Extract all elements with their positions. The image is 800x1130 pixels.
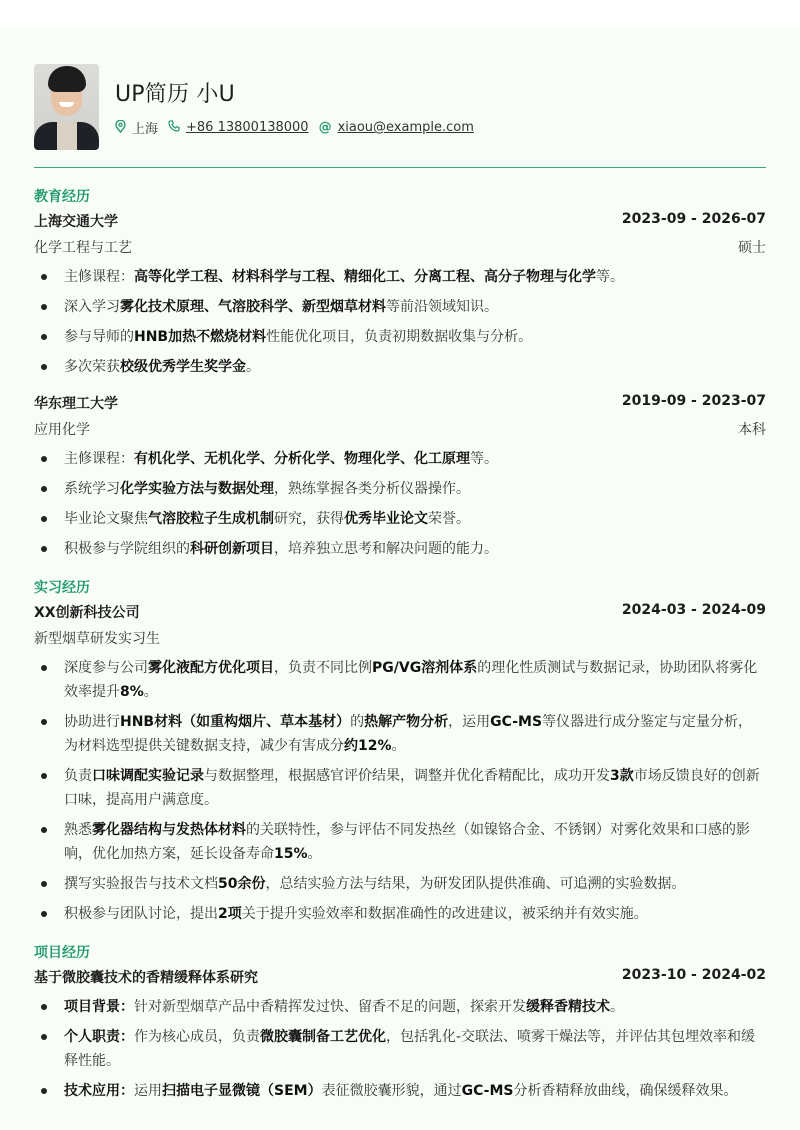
list-item: 主修课程：高等化学工程、材料科学与工程、精细化工、分离工程、高分子物理与化学等。 (34, 265, 766, 289)
list-item: 协助进行HNB材料（如重构烟片、草本基材）的热解产物分析，运用GC-MS等仪器进… (34, 710, 766, 758)
company-name: XX创新科技公司 (34, 602, 140, 622)
date-range: 2024-03 - 2024-09 (622, 602, 766, 622)
email[interactable]: @ xiaou@example.com (319, 120, 474, 135)
date-range: 2023-09 - 2026-07 (622, 211, 766, 231)
list-item: 深度参与公司雾化液配方优化项目，负责不同比例PG/VG溶剂体系的理化性质测试与数… (34, 656, 766, 704)
bullet-list: 项目背景：针对新型烟草产品中香精挥发过快、留香不足的问题，探索开发缓释香精技术。… (34, 995, 766, 1103)
list-item: 技术应用：运用扫描电子显微镜（SEM）表征微胶囊形貌，通过GC-MS分析香精释放… (34, 1079, 766, 1103)
project-name: 基于微胶囊技术的香精缓释体系研究 (34, 967, 258, 987)
education-item: 上海交通大学2023-09 - 2026-07 化学工程与工艺硕士 主修课程：高… (34, 211, 766, 379)
candidate-name: UP简历 小U (115, 77, 484, 108)
resume-header: UP简历 小U 上海 +86 13800138000 @ xiaou@exa (34, 64, 484, 150)
section-title: 实习经历 (34, 577, 766, 597)
list-item: 深入学习雾化技术原理、气溶胶科学、新型烟草材料等前沿领域知识。 (34, 295, 766, 319)
header-divider (34, 167, 766, 168)
contact-list: 上海 +86 13800138000 @ xiaou@example.com (115, 118, 484, 137)
bullet-list: 主修课程：有机化学、无机化学、分析化学、物理化学、化工原理等。系统学习化学实验方… (34, 447, 766, 561)
list-item: 撰写实验报告与技术文档50余份，总结实验方法与结果，为研发团队提供准确、可追溯的… (34, 872, 766, 896)
list-item: 积极参与团队讨论，提出2项关于提升实验效率和数据准确性的改进建议，被采纳并有效实… (34, 902, 766, 926)
at-icon: @ (319, 120, 332, 135)
date-range: 2023-10 - 2024-02 (622, 967, 766, 987)
school-name: 华东理工大学 (34, 393, 118, 413)
education-item: 华东理工大学2019-09 - 2023-07 应用化学本科 主修课程：有机化学… (34, 393, 766, 561)
education-section: 教育经历 上海交通大学2023-09 - 2026-07 化学工程与工艺硕士 主… (34, 186, 766, 561)
list-item: 负责口味调配实验记录与数据整理，根据感官评价结果，调整并优化香精配比，成功开发3… (34, 764, 766, 812)
phone-icon (168, 120, 180, 135)
degree: 本科 (738, 419, 766, 439)
phone[interactable]: +86 13800138000 (168, 120, 309, 135)
projects-section: 项目经历 基于微胶囊技术的香精缓释体系研究2023-10 - 2024-02 项… (34, 942, 766, 1103)
list-item: 参与导师的HNB加热不燃烧材料性能优化项目，负责初期数据收集与分析。 (34, 325, 766, 349)
email-link[interactable]: xiaou@example.com (338, 120, 474, 135)
resume-page: UP简历 小U 上海 +86 13800138000 @ xiaou@exa (0, 28, 800, 1130)
role: 新型烟草研发实习生 (34, 628, 160, 648)
section-title: 教育经历 (34, 186, 766, 206)
bullet-list: 主修课程：高等化学工程、材料科学与工程、精细化工、分离工程、高分子物理与化学等。… (34, 265, 766, 379)
list-item: 积极参与学院组织的科研创新项目，培养独立思考和解决问题的能力。 (34, 537, 766, 561)
major: 化学工程与工艺 (34, 237, 132, 257)
internship-section: 实习经历 XX创新科技公司2024-03 - 2024-09 新型烟草研发实习生… (34, 577, 766, 926)
degree: 硕士 (738, 237, 766, 257)
list-item: 熟悉雾化器结构与发热体材料的关联特性，参与评估不同发热丝（如镍铬合金、不锈钢）对… (34, 818, 766, 866)
phone-link[interactable]: +86 13800138000 (186, 120, 309, 135)
map-pin-icon (115, 120, 126, 136)
list-item: 多次荣获校级优秀学生奖学金。 (34, 355, 766, 379)
avatar (34, 64, 99, 150)
date-range: 2019-09 - 2023-07 (622, 393, 766, 413)
list-item: 个人职责：作为核心成员，负责微胶囊制备工艺优化，包括乳化-交联法、喷雾干燥法等，… (34, 1025, 766, 1073)
section-title: 项目经历 (34, 942, 766, 962)
list-item: 项目背景：针对新型烟草产品中香精挥发过快、留香不足的问题，探索开发缓释香精技术。 (34, 995, 766, 1019)
school-name: 上海交通大学 (34, 211, 118, 231)
project-item: 基于微胶囊技术的香精缓释体系研究2023-10 - 2024-02 项目背景：针… (34, 967, 766, 1103)
bullet-list: 深度参与公司雾化液配方优化项目，负责不同比例PG/VG溶剂体系的理化性质测试与数… (34, 656, 766, 926)
major: 应用化学 (34, 419, 90, 439)
list-item: 毕业论文聚焦气溶胶粒子生成机制研究，获得优秀毕业论文荣誉。 (34, 507, 766, 531)
list-item: 主修课程：有机化学、无机化学、分析化学、物理化学、化工原理等。 (34, 447, 766, 471)
location: 上海 (115, 118, 158, 137)
resume-content: 教育经历 上海交通大学2023-09 - 2026-07 化学工程与工艺硕士 主… (34, 186, 766, 1119)
internship-item: XX创新科技公司2024-03 - 2024-09 新型烟草研发实习生 深度参与… (34, 602, 766, 926)
list-item: 系统学习化学实验方法与数据处理，熟练掌握各类分析仪器操作。 (34, 477, 766, 501)
